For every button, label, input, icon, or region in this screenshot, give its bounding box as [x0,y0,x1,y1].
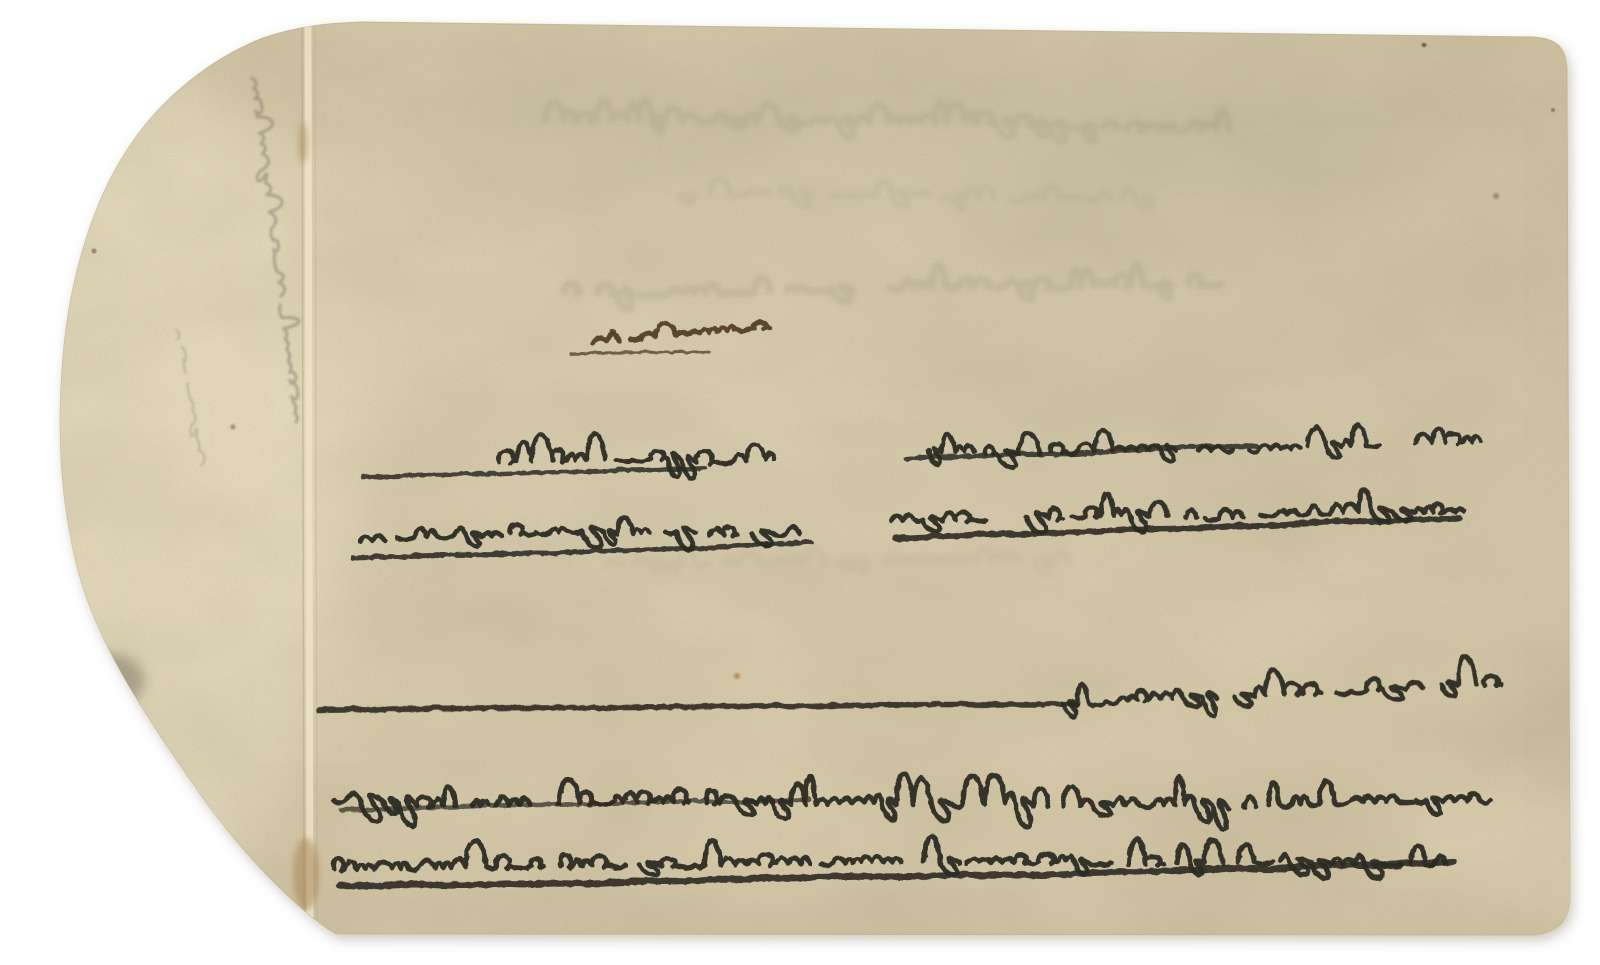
rust-speck-1 [734,673,740,679]
ink-speck-2 [231,425,236,430]
smudge-dark [80,654,144,708]
ink-speck-3 [1551,108,1555,112]
docket-dot-brown [609,328,615,334]
manuscript-scan [0,0,1600,965]
rust-speck-3 [92,249,97,254]
tape-stain [293,838,319,910]
paper-grain [0,0,1600,965]
crease-stain-top [298,123,308,163]
manuscript-photo [0,0,1600,965]
rust-speck-2 [1493,193,1499,199]
ink-speck-1 [1422,43,1427,47]
